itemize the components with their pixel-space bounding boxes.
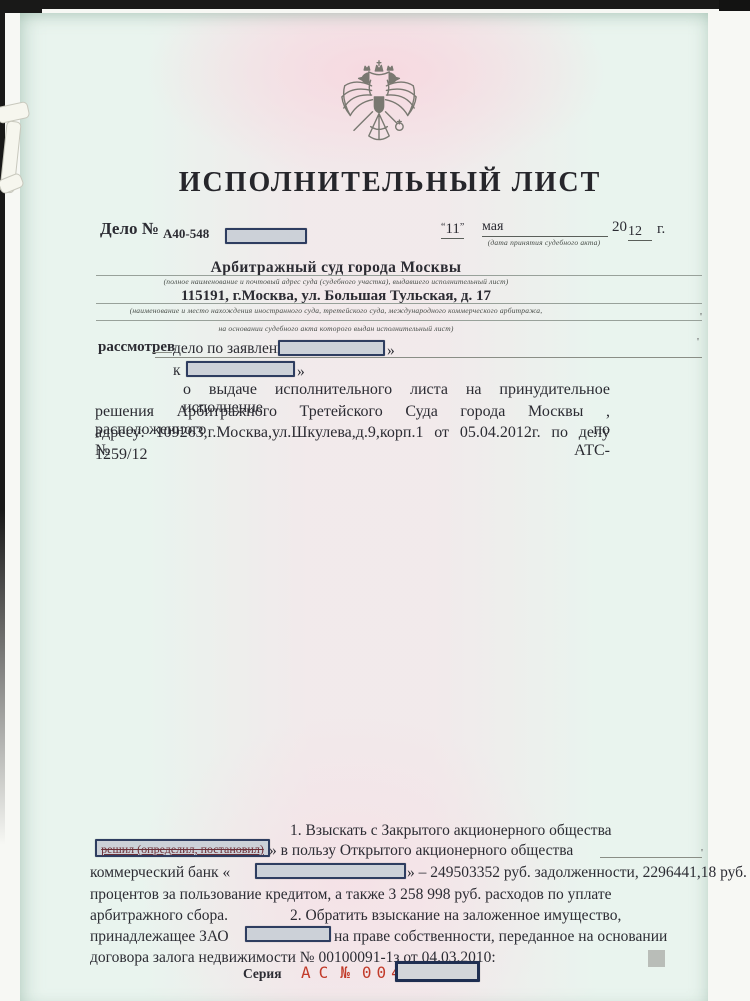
redaction-case-number xyxy=(225,228,307,244)
claim-line2-text: к xyxy=(173,362,181,380)
scan-edge-left xyxy=(0,0,5,880)
resolution-line6-prefix: принадлежащее ЗАО xyxy=(90,928,229,946)
resolution-line2: » в пользу Открытого акционерного общест… xyxy=(269,842,573,860)
date-day: “11” xyxy=(441,221,464,239)
subject-line: о выдаче исполнительного листа на принуд… xyxy=(95,381,610,402)
year-prefix: 20 xyxy=(612,219,627,236)
resolution-line1: 1. Взыскать с Закрытого акционерного общ… xyxy=(290,822,612,840)
stray-mark: ' xyxy=(701,847,703,859)
year-unit: г. xyxy=(657,221,665,238)
serial-number-sign: № xyxy=(340,963,350,982)
form-rule xyxy=(600,857,702,858)
resolution-line3-suffix: » – 249503352 руб. задолженности, 229644… xyxy=(407,864,747,882)
resolution-line6-suffix: на праве собственности, переданное на ос… xyxy=(334,928,667,946)
redaction-form-verb: решил (определил, постановил) xyxy=(95,839,270,857)
serial-label: Серия xyxy=(243,966,282,982)
form-rule xyxy=(152,352,172,353)
serial-value: АС№004 xyxy=(301,963,406,982)
considered-label: рассмотрев xyxy=(98,339,175,356)
scan-artifact-square xyxy=(648,950,665,967)
court-address-caption: (наименование и место нахождения иностра… xyxy=(76,306,596,315)
redaction-serial-number xyxy=(395,961,480,982)
stray-mark: ' xyxy=(700,311,702,323)
document-title: ИСПОЛНИТЕЛЬНЫЙ ЛИСТ xyxy=(100,167,680,199)
court-name-caption: (полное наименование и почтовый адрес су… xyxy=(96,277,576,286)
subject-line: адресу: 109263,г.Москва,ул.Шкулева,д.9,к… xyxy=(95,424,610,445)
resolution-line5a: арбитражного сбора. xyxy=(90,907,228,925)
court-address-caption2: на основании судебного акта которого выд… xyxy=(96,324,576,333)
subject-line: 1259/12 xyxy=(95,446,147,464)
serial-series: АС xyxy=(301,963,336,982)
stray-mark: ' xyxy=(697,336,699,348)
case-label: Дело № xyxy=(100,219,159,239)
quote-mark: ” xyxy=(460,222,464,233)
resolution-line4: процентов за пользование кредитом, а так… xyxy=(90,886,612,904)
scan-edge-top-left xyxy=(0,0,42,13)
scan-edge-top xyxy=(0,0,750,9)
date-month: мая xyxy=(482,219,608,237)
claim-line2-quote: » xyxy=(297,363,305,381)
redaction-bank-name xyxy=(255,863,406,879)
date-caption: (дата принятия судебного акта) xyxy=(478,238,610,247)
case-number: А40-548 xyxy=(163,226,209,242)
redaction-claimant xyxy=(278,340,385,356)
scan-edge-top-right xyxy=(719,0,750,11)
resolution-line5b: 2. Обратить взыскание на заложенное имущ… xyxy=(290,907,621,925)
form-rule xyxy=(96,320,702,321)
form-rule xyxy=(155,357,702,358)
claim-line1-quote: » xyxy=(387,342,395,360)
form-rule xyxy=(96,303,702,304)
redaction-zao-name xyxy=(245,926,331,942)
redaction-respondent xyxy=(186,361,295,377)
year-value: 12 xyxy=(628,224,652,241)
subject-line: решения Арбитражного Третейского Суда го… xyxy=(95,403,610,424)
russian-double-headed-eagle-icon xyxy=(336,58,422,160)
scanned-writ-of-execution: ИСПОЛНИТЕЛЬНЫЙ ЛИСТ Дело № А40-548 “11” … xyxy=(0,0,750,1001)
form-rule xyxy=(96,275,702,276)
struck-form-text: решил (определил, постановил) xyxy=(97,842,268,857)
resolution-line3-prefix: коммерческий банк « xyxy=(90,864,230,882)
